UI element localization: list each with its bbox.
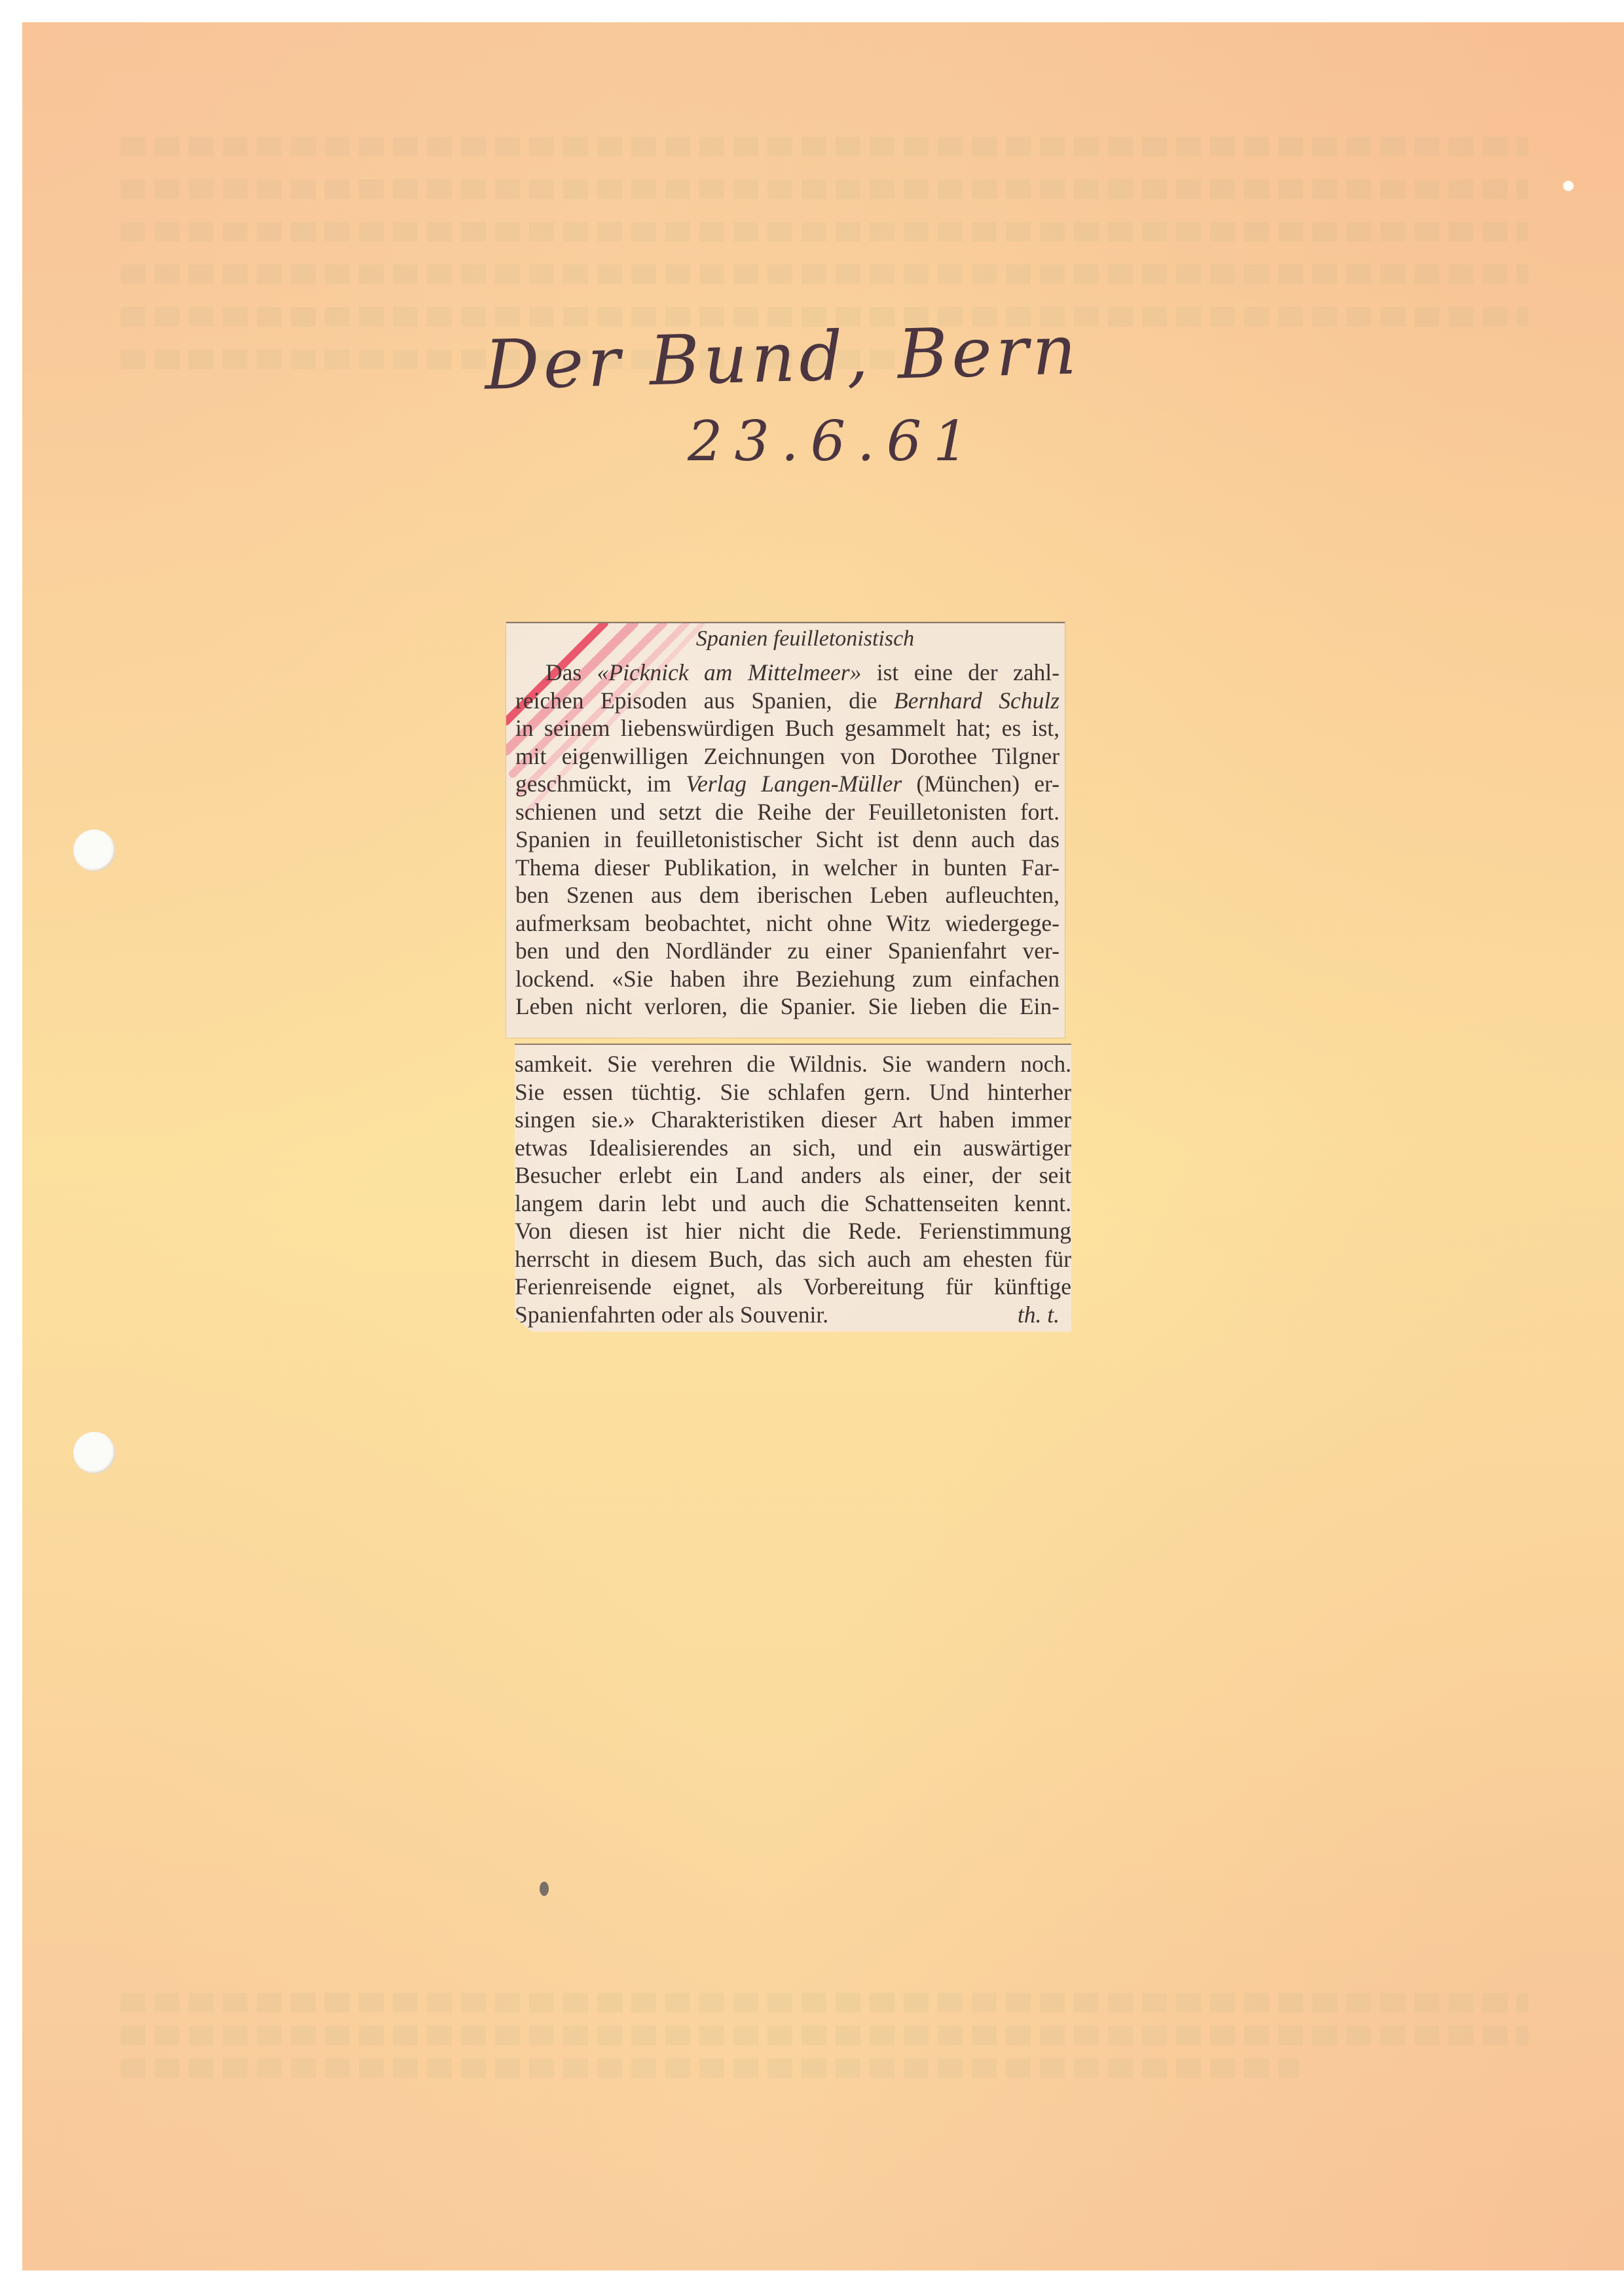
ink-smudge [540,1882,549,1896]
article-line: Das «Picknick am Mittelmeer» ist eine de… [515,659,1060,687]
bleed-through-line [120,1993,1528,2013]
bleed-through-line [120,2026,1528,2045]
article-line: Thema dieser Publikation, in welcher in … [515,854,1060,882]
bleed-through-line [120,264,1528,284]
article-line: samkeit. Sie verehren die Wildnis. Sie w… [515,1050,1071,1078]
punch-hole-upper [73,829,115,871]
article-line: singen sie.» Charakteristiken dieser Art… [515,1106,1071,1134]
article-line: Ferienreisende eignet, als Vorbereitung … [515,1273,1071,1301]
bleed-through-line [120,137,1528,156]
article-line: Spanienfahrten oder als Souvenir.th. t. [515,1301,1071,1329]
article-line: Spanien in feuilletonistischer Sicht ist… [515,826,1060,854]
article-line: langem darin lebt und auch die Schattens… [515,1190,1071,1218]
article-line: herrscht in diesem Buch, das sich auch a… [515,1245,1071,1273]
article-line: etwas Idealisierendes an sich, und ein a… [515,1134,1071,1162]
article-line: ben Szenen aus dem iberischen Leben aufl… [515,881,1060,909]
article-line: reichen Episoden aus Spanien, die Bernha… [515,687,1060,715]
article-line: in seinem liebenswürdigen Buch gesammelt… [515,714,1060,742]
article-line: Leben nicht verloren, die Spanier. Sie l… [515,993,1060,1021]
article-line: Sie essen tüchtig. Sie schlafen gern. Un… [515,1078,1071,1106]
newspaper-clipping-top: Spanien feuilletonistisch Das «Picknick … [506,622,1065,1038]
article-line: Von diesen ist hier nicht die Rede. Feri… [515,1217,1071,1245]
punch-hole-lower [73,1432,115,1474]
author-initials: th. t. [1018,1301,1071,1329]
article-line: schienen und setzt die Reihe der Feuille… [515,798,1060,826]
article-line: Besucher erlebt ein Land anders als eine… [515,1161,1071,1190]
article-line: aufmerksam beobachtet, nicht ohne Witz w… [515,909,1060,938]
article-line: lockend. «Sie haben ihre Beziehung zum e… [515,965,1060,993]
article-headline: Spanien feuilletonistisch [506,626,1065,652]
article-body-part-2: samkeit. Sie verehren die Wildnis. Sie w… [515,1050,1071,1328]
newspaper-clipping-bottom: samkeit. Sie verehren die Wildnis. Sie w… [515,1044,1071,1332]
bleed-through-line [120,179,1528,199]
article-body-part-1: Das «Picknick am Mittelmeer» ist eine de… [515,659,1060,1021]
handwritten-date: 23.6.61 [688,409,980,473]
article-line: ben und den Nordländer zu einer Spanienf… [515,937,1060,965]
article-line: mit eigenwilligen Zeichnungen von Doroth… [515,742,1060,771]
paper-speck [1563,181,1574,191]
article-line: geschmückt, im Verlag Langen-Müller (Mün… [515,770,1060,798]
handwritten-source: Der Bund, Bern [484,310,1081,405]
bleed-through-line [120,2058,1299,2078]
bleed-through-line [120,222,1528,242]
